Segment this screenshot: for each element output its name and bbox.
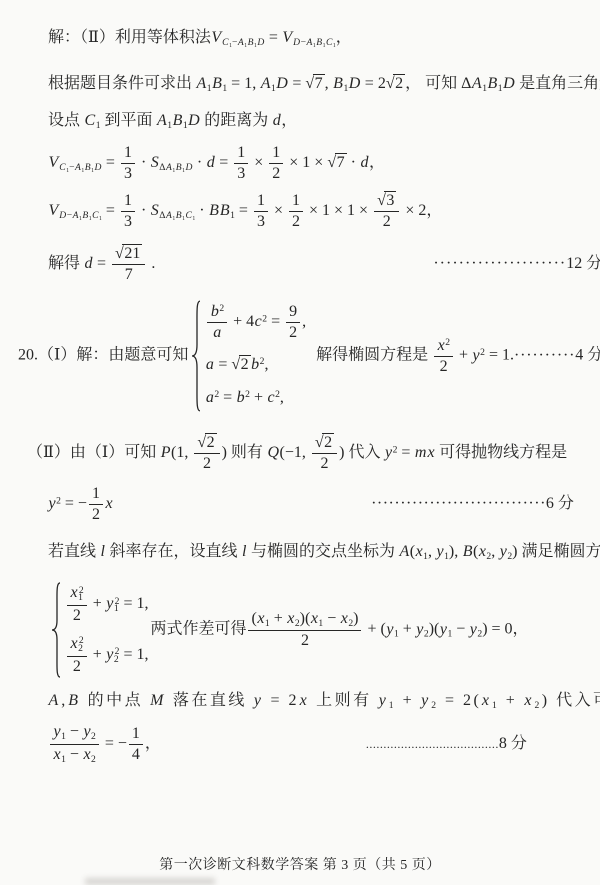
numerator: 1: [234, 144, 248, 164]
text-run: 2: [440, 358, 448, 375]
text-run: + (: [363, 621, 385, 638]
text-run: 4: [132, 746, 140, 763]
math-var: B: [82, 210, 89, 221]
text-run: 1: [132, 725, 140, 742]
text-run: ) 代入可得: [542, 692, 600, 709]
math-var: A: [196, 75, 207, 92]
text-run: = 2: [361, 75, 386, 92]
text-run: −: [66, 723, 83, 740]
text-run: （Ⅱ）由（Ⅰ）可知: [27, 444, 160, 461]
math-var: D: [503, 75, 516, 92]
numerator: (x1 + x2)(x1 − x2): [248, 610, 361, 632]
brace-icon: [50, 582, 62, 678]
text-run: ×: [250, 154, 267, 171]
line-distance-setup: 设点 C1 到平面 A1B1D 的距离为 d，: [48, 110, 297, 133]
line-line-l-setup: 若直线 l 斜率存在，设直线 l 与椭圆的交点坐标为 A(x1, y1), B(…: [48, 541, 600, 564]
text-run: 可得抛物线方程是: [435, 444, 567, 461]
text-run: 2: [383, 213, 391, 230]
footer-text: 第一次诊断文科数学答案 第 3 页（共 5 页）: [159, 858, 441, 873]
text-run: ，: [281, 112, 297, 129]
text-run: =: [265, 29, 282, 46]
math-var: A: [48, 692, 61, 709]
math-var: y: [48, 495, 56, 512]
text-run: =: [214, 356, 231, 373]
math-var: a: [205, 356, 214, 373]
math-var: x: [481, 692, 492, 709]
denominator: 2: [248, 631, 361, 650]
text-run: 9: [289, 303, 297, 320]
text-run: =: [397, 444, 414, 461]
text-run: ·: [193, 154, 206, 171]
math-var: D: [59, 210, 67, 221]
subscript: 1: [498, 83, 503, 94]
math-var: y: [386, 621, 394, 638]
math-var: D: [257, 37, 265, 48]
superscript: 2: [219, 303, 224, 314]
text-run: ),: [449, 543, 462, 560]
text-run: 1: [292, 192, 300, 209]
text-run: 2: [207, 434, 215, 451]
scan-artifact: [85, 878, 215, 885]
math-var: y: [416, 621, 424, 638]
text-run: =: [267, 313, 284, 330]
fraction: x122: [67, 584, 87, 625]
math-var: P: [160, 444, 171, 461]
text-run: = 2: [264, 692, 299, 709]
fraction: x22: [434, 337, 453, 376]
fraction: 13: [234, 144, 248, 183]
text-run: 3: [124, 213, 132, 230]
denominator: 3: [121, 212, 135, 231]
text-run: 的中点: [81, 692, 150, 709]
denominator: 2: [286, 323, 300, 342]
text-run: +: [89, 595, 106, 612]
line-q20-part1-system-4pts: 20.（Ⅰ）解：由题意可知b2a + 4c2 = 92,a = √2b2,a2 …: [18, 300, 600, 412]
denominator: 4: [129, 745, 143, 764]
text-run: 2: [395, 75, 403, 92]
text-run: (: [251, 610, 256, 627]
sqrt: √21: [115, 245, 142, 263]
math-var: D: [185, 162, 193, 173]
text-run: 若直线: [48, 543, 100, 560]
denominator: 3: [234, 164, 248, 183]
numerator: 9: [286, 303, 300, 323]
math-var: b: [251, 356, 260, 373]
system-row: a2 = b2 + c2,: [205, 387, 284, 409]
fraction: 12: [289, 192, 303, 231]
subscript: D−A1B1C1: [293, 37, 336, 48]
text-run: +: [250, 389, 267, 406]
numerator: x22: [67, 635, 87, 657]
dot-leader: ··········: [514, 345, 575, 367]
text-run: +: [270, 610, 287, 627]
math-var: d: [206, 154, 215, 171]
text-run: ，: [145, 735, 161, 752]
text-run: 7: [337, 154, 345, 171]
math-var: V: [282, 29, 293, 46]
numerator: √21: [112, 245, 145, 265]
text-run: 1: [124, 144, 132, 161]
math-var: B: [212, 75, 223, 92]
math-var: x: [415, 543, 423, 560]
text-run: = 2(: [439, 692, 482, 709]
math-var: B: [333, 75, 344, 92]
numerator: x2: [434, 337, 453, 357]
math-var: D: [276, 75, 289, 92]
numerator: 1: [254, 192, 268, 212]
text-run: +: [396, 692, 421, 709]
math-var: B: [487, 75, 498, 92]
math-var: Q: [267, 444, 280, 461]
math-var: x: [437, 337, 445, 354]
text-run: )(: [429, 621, 440, 638]
text-run: × 2，: [401, 202, 442, 219]
text-run: 2: [73, 607, 81, 624]
sqrt: √2: [315, 434, 334, 452]
math-var: y: [378, 692, 389, 709]
text-run: = 1,: [119, 595, 148, 612]
text-run: =: [93, 255, 110, 272]
text-run: =: [102, 202, 119, 219]
text-run: ,: [325, 75, 333, 92]
superscript: 2: [445, 337, 450, 348]
numerator: b2: [207, 303, 227, 323]
math-var: x: [299, 692, 310, 709]
document-page: 解：（Ⅱ）利用等体积法VC1−A1B1D = VD−A1B1C1，根据题目条件可…: [0, 0, 600, 885]
math-var: V: [48, 202, 59, 219]
math-var: b: [236, 389, 245, 406]
text-run: ) = 0，: [482, 621, 528, 638]
sqrt: √2: [197, 434, 216, 452]
subscript: 2: [91, 731, 96, 742]
numerator: 1: [289, 192, 303, 212]
text-run: 1: [92, 485, 100, 502]
math-var: x: [105, 495, 113, 512]
text-run: 2: [203, 455, 211, 472]
fraction: √217: [112, 245, 145, 284]
text-run: ·: [347, 154, 360, 171]
line-volume-c1: VC1−A1B1D = 13 · SΔA1B1D · d = 13 × 12 ×…: [48, 144, 385, 183]
text-run: 4 分: [575, 347, 600, 364]
text-run: 2: [321, 455, 329, 472]
text-run: 20.（Ⅰ）解：由题意可知: [18, 347, 188, 364]
math-var: B: [172, 112, 183, 129]
text-run: =: [215, 154, 232, 171]
fraction: √22: [312, 434, 337, 473]
subscript: 2: [431, 700, 438, 711]
math-var: B: [209, 202, 220, 219]
subscript: 1: [389, 700, 396, 711]
line-ellipse-system-difference: x122 + y12 = 1,x222 + y22 = 1,两式作差可得(x1 …: [48, 582, 529, 678]
text-run: 1: [237, 144, 245, 161]
fraction: 13: [121, 192, 135, 231]
radicand: 21: [122, 244, 142, 262]
text-run: =: [288, 75, 305, 92]
fraction: √32: [374, 192, 399, 231]
math-var: S: [150, 154, 159, 171]
math-var: A: [306, 37, 313, 48]
text-run: 8 分: [499, 735, 527, 752]
text-run: = 1,: [227, 75, 260, 92]
dot-leader: ......................................: [366, 736, 499, 752]
text-run: ) 代入: [339, 444, 384, 461]
text-run: =: [219, 389, 236, 406]
system-row: x122 + y12 = 1,: [65, 584, 148, 625]
math-var: C: [222, 37, 229, 48]
text-run: +: [399, 621, 416, 638]
subscript: C1−A1B1D: [59, 162, 102, 173]
radicand: 2: [322, 433, 334, 451]
system-rows: x122 + y12 = 1,x222 + y22 = 1,: [65, 584, 148, 675]
math-var: b: [210, 303, 219, 320]
text-run: 解：（Ⅱ）利用等体积法: [48, 29, 211, 46]
text-run: ·: [195, 202, 208, 219]
text-run: ， 可知 Δ: [405, 75, 471, 92]
radicand: 7: [313, 74, 325, 92]
math-var: y: [53, 723, 61, 740]
math-var: y: [106, 646, 114, 663]
fraction: 12: [89, 485, 103, 524]
text-run: 2: [272, 165, 280, 182]
system-row: a = √2b2,: [205, 354, 268, 376]
text-run: 设点: [48, 112, 84, 129]
math-var: x: [53, 746, 61, 763]
text-run: 斜率存在，设直线: [105, 543, 241, 560]
text-run: 2: [241, 356, 249, 373]
text-run: 6 分: [546, 495, 574, 512]
text-run: 1: [257, 192, 265, 209]
math-var: x: [70, 584, 78, 601]
text-run: 2: [301, 632, 309, 649]
text-run: + 4: [229, 313, 254, 330]
sqrt: √7: [327, 152, 346, 174]
math-var: x: [287, 610, 295, 627]
line-parabola-eq-6pts: y2 = −12x······························6…: [48, 485, 574, 524]
numerator: √2: [312, 434, 337, 454]
subscript: ΔA1B1D: [159, 162, 193, 173]
fraction: b2a: [207, 303, 227, 342]
subscript: 1: [183, 120, 188, 131]
numerator: 1: [121, 144, 135, 164]
system-row: x222 + y22 = 1,: [65, 635, 148, 676]
line-part2-points: （Ⅱ）由（Ⅰ）可知 P(1, √22) 则有 Q(−1, √22) 代入 y2 …: [27, 434, 567, 473]
brace-icon: [190, 300, 202, 412]
text-run: 3: [257, 213, 265, 230]
math-var: D: [293, 37, 301, 48]
subscript: D−A1B1C1: [59, 210, 102, 221]
math-var: x: [70, 635, 78, 652]
math-var: A: [72, 210, 79, 221]
text-run: +: [455, 347, 472, 364]
subscript: 2: [91, 754, 96, 765]
denominator: a: [207, 323, 227, 342]
equation-system: x122 + y12 = 1,x222 + y22 = 1,: [50, 582, 148, 678]
math-var: C: [325, 37, 332, 48]
math-var: M: [150, 692, 167, 709]
denominator: 2: [67, 606, 87, 625]
denominator: 2: [67, 657, 87, 676]
equation-system: b2a + 4c2 = 92,a = √2b2,a2 = b2 + c2,: [190, 300, 306, 412]
text-run: −: [452, 621, 469, 638]
text-run: −: [323, 610, 340, 627]
radicand: 2: [393, 74, 405, 92]
text-run: 解得椭圆方程是: [316, 347, 432, 364]
text-run: ,: [280, 389, 284, 406]
text-run: ·: [137, 154, 150, 171]
text-run: 上则有: [310, 692, 379, 709]
math-var: x: [83, 746, 91, 763]
page-footer: 第一次诊断文科数学答案 第 3 页（共 5 页）: [0, 854, 600, 874]
text-run: )(: [300, 610, 311, 627]
sqrt: √7: [305, 73, 324, 95]
text-run: ,: [264, 356, 268, 373]
text-run: = −: [61, 495, 87, 512]
denominator: 3: [121, 164, 135, 183]
numerator: y1 − y2: [50, 723, 99, 745]
math-var: y: [421, 692, 432, 709]
text-run: 12 分: [566, 255, 600, 272]
math-var: y: [384, 444, 392, 461]
math-var: C: [92, 210, 99, 221]
text-run: −: [66, 746, 83, 763]
text-run: 1: [272, 144, 280, 161]
denominator: 2: [312, 454, 337, 473]
text-run: 的距离为: [200, 112, 272, 129]
math-var: B: [316, 37, 323, 48]
math-var: y: [436, 543, 444, 560]
subscript: 2: [534, 700, 541, 711]
math-var: B: [462, 543, 473, 560]
math-var: m: [414, 444, 427, 461]
text-run: = 1: [485, 347, 510, 364]
text-run: 到平面: [100, 112, 156, 129]
text-run: × 1 ×: [285, 154, 327, 171]
sqrt: √2: [386, 73, 405, 95]
fraction: √22: [194, 434, 219, 473]
dot-leader: ······························: [371, 493, 546, 515]
numerator: x12: [67, 584, 87, 606]
math-var: B: [68, 692, 81, 709]
numerator: 1: [129, 725, 143, 745]
math-var: C: [84, 112, 96, 129]
fraction: 13: [254, 192, 268, 231]
text-run: 2: [292, 213, 300, 230]
superscript: 2: [79, 635, 84, 646]
text-run: 2: [73, 658, 81, 675]
text-run: =: [102, 154, 119, 171]
numerator: 1: [269, 144, 283, 164]
math-var: y: [106, 595, 114, 612]
text-run: 是直角三角形: [515, 75, 600, 92]
text-run: 7: [315, 75, 323, 92]
text-run: 1: [124, 192, 132, 209]
denominator: 2: [289, 212, 303, 231]
text-run: 两式作差可得: [150, 621, 246, 638]
text-run: ，: [369, 154, 385, 171]
text-run: 2: [324, 434, 332, 451]
math-var: V: [48, 154, 59, 171]
math-var: y: [253, 692, 264, 709]
text-run: =: [235, 202, 252, 219]
math-var: a: [213, 324, 222, 341]
text-run: 21: [124, 245, 140, 262]
text-run: 7: [125, 266, 133, 283]
math-var: c: [267, 389, 275, 406]
text-run: ) 则有: [222, 444, 267, 461]
math-var: x: [427, 444, 435, 461]
line-slope-result-8pts: y1 − y2x1 − x2 = −14，...................…: [48, 723, 527, 766]
math-var: d: [272, 112, 281, 129]
numerator: √2: [194, 434, 219, 454]
denominator: x1 − x2: [50, 745, 99, 766]
subscript: 1: [207, 83, 212, 94]
radicand: 3: [384, 191, 396, 209]
text-run: +: [499, 692, 524, 709]
math-var: x: [257, 610, 265, 627]
text-run: +: [89, 646, 106, 663]
math-var: D: [94, 162, 102, 173]
denominator: 7: [112, 265, 145, 284]
line-side-lengths: 根据题目条件可求出 A1B1 = 1, A1D = √7, B1D = 2√2，…: [48, 73, 600, 96]
sqrt: √3: [377, 192, 396, 210]
math-var: D: [188, 112, 201, 129]
radicand: 7: [335, 153, 347, 171]
superscript: 2: [79, 585, 84, 596]
fraction: (x1 + x2)(x1 − x2)2: [248, 610, 361, 651]
math-var: A: [157, 112, 168, 129]
fraction: 92: [286, 303, 300, 342]
line-solve-d-12pts: 解得 d = √217 .·····················12 分: [48, 245, 600, 284]
text-run: ，: [336, 29, 352, 46]
text-run: 落在直线: [166, 692, 253, 709]
sqrt: √2: [231, 354, 250, 376]
text-run: ×: [270, 202, 287, 219]
text-run: = 1,: [119, 646, 148, 663]
fraction: 14: [129, 725, 143, 764]
radicand: 2: [205, 433, 217, 451]
text-run: 2: [289, 324, 297, 341]
denominator: 2: [269, 164, 283, 183]
text-run: 2: [92, 506, 100, 523]
math-var: x: [524, 692, 535, 709]
line-volume-d: VD−A1B1C1 = 13 · SΔA1B1C1 · BB1 = 13 × 1…: [48, 192, 442, 231]
denominator: 2: [89, 505, 103, 524]
text-run: ) 满足椭圆方程: [512, 543, 600, 560]
text-run: 3: [124, 165, 132, 182]
denominator: 2: [434, 357, 453, 376]
text-run: × 1 × 1 ×: [305, 202, 372, 219]
system-row: b2a + 4c2 = 92,: [205, 303, 306, 342]
text-run: (−1,: [280, 444, 310, 461]
text-run: ,: [302, 313, 306, 330]
subscript: C1−A1B1D: [222, 37, 265, 48]
numerator: √3: [374, 192, 399, 212]
text-run: ,: [61, 692, 68, 709]
math-var: A: [399, 543, 410, 560]
dot-leader: ·····················: [433, 253, 566, 275]
text-run: 与椭圆的交点坐标为: [247, 543, 399, 560]
text-run: .: [147, 255, 155, 272]
text-run: 3: [386, 192, 394, 209]
text-run: ·: [137, 202, 150, 219]
math-var: V: [211, 29, 222, 46]
fraction: x222: [67, 635, 87, 676]
fraction: 13: [121, 144, 135, 183]
text-run: 解得: [48, 255, 84, 272]
text-run: = −: [101, 735, 127, 752]
math-var: S: [150, 202, 159, 219]
radicand: 2: [239, 355, 251, 373]
